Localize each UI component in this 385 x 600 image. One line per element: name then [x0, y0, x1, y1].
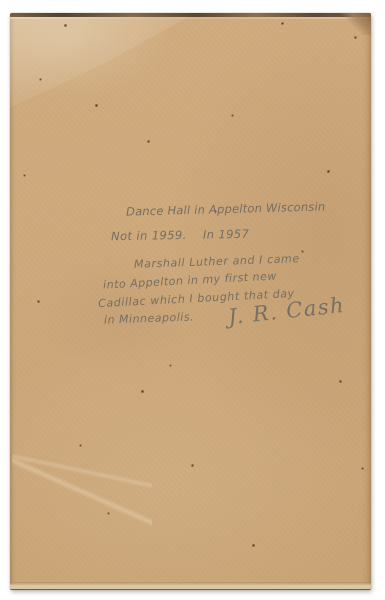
paper-crease-bottom-left: [12, 445, 152, 535]
note-line-6: in Minneapolis.: [104, 310, 194, 326]
paper-crease-top-left: [10, 16, 190, 116]
paper-deckled-bottom-edge: [10, 582, 371, 590]
photo-frame: Dance Hall in Appelton Wisconsin Not in …: [0, 0, 385, 600]
paper-bent-corner: [341, 13, 371, 35]
note-line-1: Dance Hall in Appelton Wisconsin: [126, 199, 326, 218]
note-line-2: Not in 1959. In 1957: [111, 227, 250, 243]
aged-manila-paper: Dance Hall in Appelton Wisconsin Not in …: [10, 13, 371, 590]
note-line-3: Marshall Luther and I came: [134, 252, 300, 271]
paper-top-edge-highlight: [10, 17, 371, 19]
